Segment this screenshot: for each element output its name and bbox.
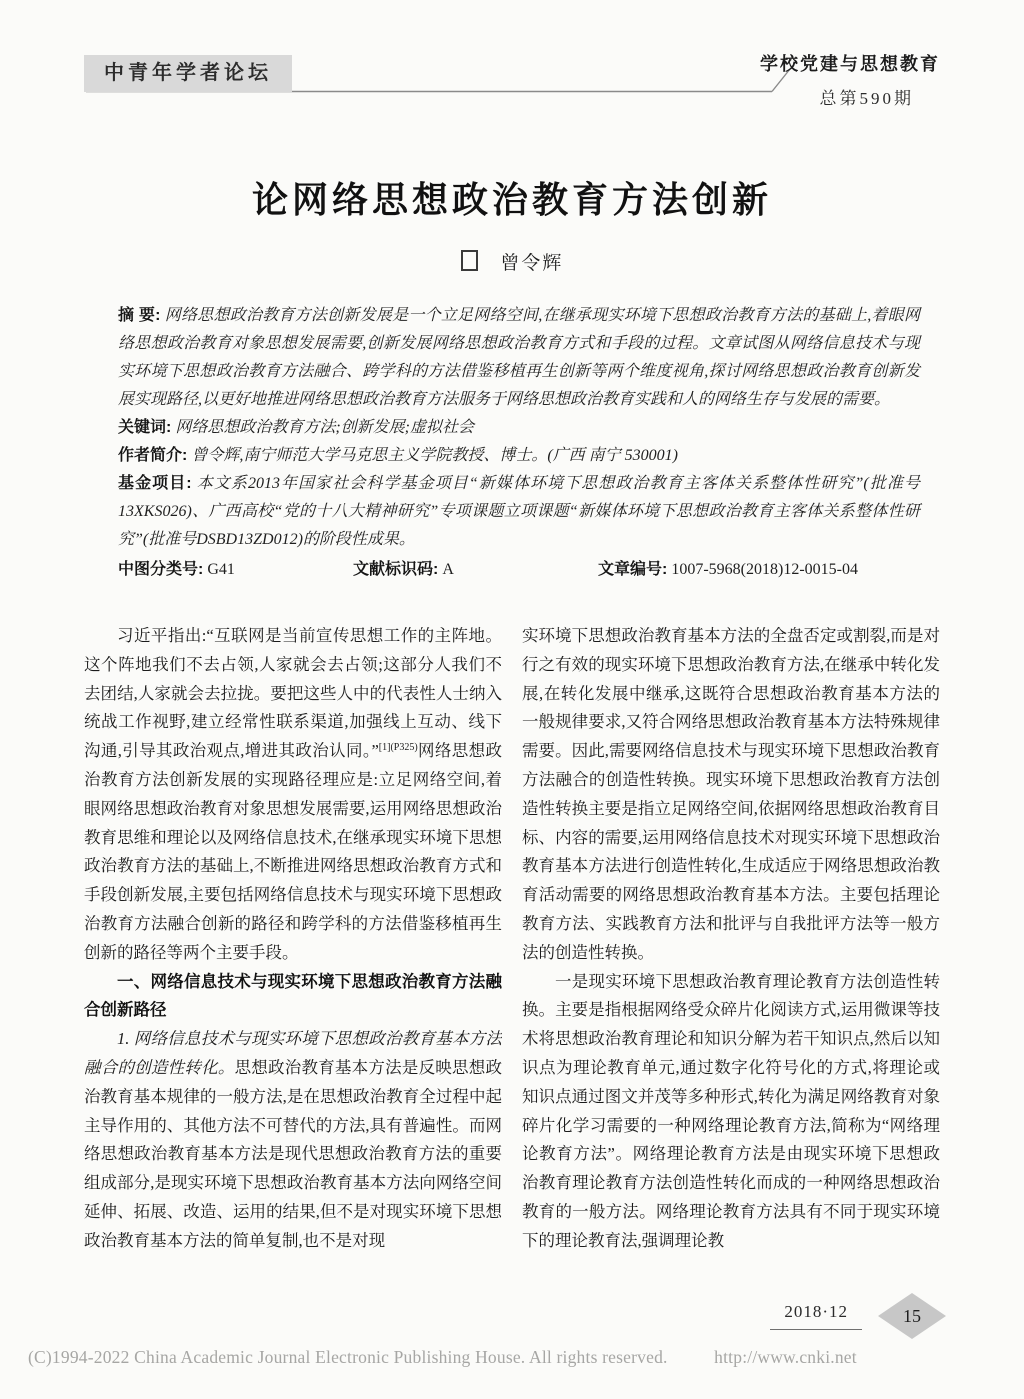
footer-row: 2018·12 15	[770, 1293, 946, 1339]
copyright-text: (C)1994-2022 China Academic Journal Elec…	[28, 1347, 668, 1367]
article-title: 论网络思想政治教育方法创新	[0, 172, 1024, 223]
journal-issue-number: 总第590期	[820, 84, 915, 109]
p1-text-after: 网络思想政治教育方法创新发展的实现路径理应是:立足网络空间,着眼网络思想政治教育…	[84, 741, 502, 962]
keywords-text: 网络思想政治教育方法;创新发展;虚拟社会	[175, 419, 474, 436]
copyright-line: (C)1994-2022 China Academic Journal Elec…	[28, 1347, 998, 1368]
page-number: 15	[903, 1306, 921, 1327]
body-columns: 习近平指出:“互联网是当前宣传思想工作的主阵地。这个阵地我们不去占领,人家就会去…	[84, 622, 940, 1294]
article-no-item: 文章编号: 1007-5968(2018)12-0015-04	[598, 556, 920, 584]
author-line: 曾令辉	[0, 248, 1024, 275]
fund-paragraph: 基金项目: 本文系2013年国家社会科学基金项目“新媒体环境下思想政治教育主客体…	[118, 470, 920, 554]
article-no-label: 文章编号:	[598, 561, 667, 578]
body-paragraph-1: 习近平指出:“互联网是当前宣传思想工作的主阵地。这个阵地我们不去占领,人家就会去…	[84, 622, 502, 968]
body-paragraph-3: 实环境下思想政治教育基本方法的全盘否定或割裂,而是对行之有效的现实环境下思想政治…	[522, 622, 940, 968]
clc-item: 中图分类号: G41	[118, 556, 353, 584]
classification-row: 中图分类号: G41 文献标识码: A 文章编号: 1007-5968(2018…	[118, 556, 920, 584]
doc-code-item: 文献标识码: A	[353, 556, 598, 584]
fund-text: 本文系2013年国家社会科学基金项目“新媒体环境下思想政治教育主客体关系整体性研…	[118, 475, 920, 548]
article-meta: 摘 要: 网络思想政治教育方法创新发展是一个立足网络空间,在继承现实环境下思想政…	[118, 302, 920, 584]
keywords-label: 关键词:	[118, 419, 171, 436]
author-bio-label: 作者简介:	[118, 447, 187, 464]
keywords-line: 关键词: 网络思想政治教育方法;创新发展;虚拟社会	[118, 414, 920, 442]
journal-page: 中青年学者论坛 学校党建与思想教育 总第590期 论网络思想政治教育方法创新 曾…	[0, 0, 1024, 1399]
fund-label: 基金项目:	[118, 475, 192, 492]
page-number-badge: 15	[878, 1293, 946, 1339]
author-marker-square-icon	[461, 250, 478, 271]
citation-ref: [1](P325)	[379, 742, 418, 753]
p2-rest-text: 思想政治教育基本方法是反映思想政治教育基本规律的一般方法,是在思想政治教育全过程…	[84, 1058, 502, 1250]
forum-column-label: 中青年学者论坛	[84, 55, 292, 92]
article-no-value: 1007-5968(2018)12-0015-04	[671, 561, 858, 578]
journal-name: 学校党建与思想教育	[760, 50, 940, 76]
author-bio-text: 曾令辉,南宁师范大学马克思主义学院教授、博士。(广西 南宁 530001)	[191, 447, 678, 464]
body-column-right: 实环境下思想政治教育基本方法的全盘否定或割裂,而是对行之有效的现实环境下思想政治…	[522, 622, 940, 1294]
abstract-label: 摘 要:	[118, 307, 161, 324]
cnki-url-link[interactable]: http://www.cnki.net	[714, 1347, 857, 1367]
author-bio-line: 作者简介: 曾令辉,南宁师范大学马克思主义学院教授、博士。(广西 南宁 5300…	[118, 442, 920, 470]
author-name: 曾令辉	[500, 253, 563, 274]
abstract-paragraph: 摘 要: 网络思想政治教育方法创新发展是一个立足网络空间,在继承现实环境下思想政…	[118, 302, 920, 414]
body-paragraph-4: 一是现实环境下思想政治教育理论教育方法创造性转换。主要是指根据网络受众碎片化阅读…	[522, 968, 940, 1256]
body-column-left: 习近平指出:“互联网是当前宣传思想工作的主阵地。这个阵地我们不去占领,人家就会去…	[84, 622, 502, 1294]
clc-value: G41	[207, 561, 235, 578]
abstract-text: 网络思想政治教育方法创新发展是一个立足网络空间,在继承现实环境下思想政治教育方法…	[118, 307, 920, 408]
body-paragraph-2: 1. 网络信息技术与现实环境下思想政治教育基本方法融合的创造性转化。思想政治教育…	[84, 1025, 502, 1255]
doc-code-label: 文献标识码:	[353, 561, 438, 578]
footer-issue-date: 2018·12	[770, 1302, 862, 1330]
section-heading-1: 一、网络信息技术与现实环境下思想政治教育方法融合创新路径	[84, 968, 502, 1026]
clc-label: 中图分类号:	[118, 561, 203, 578]
doc-code-value: A	[442, 561, 454, 578]
